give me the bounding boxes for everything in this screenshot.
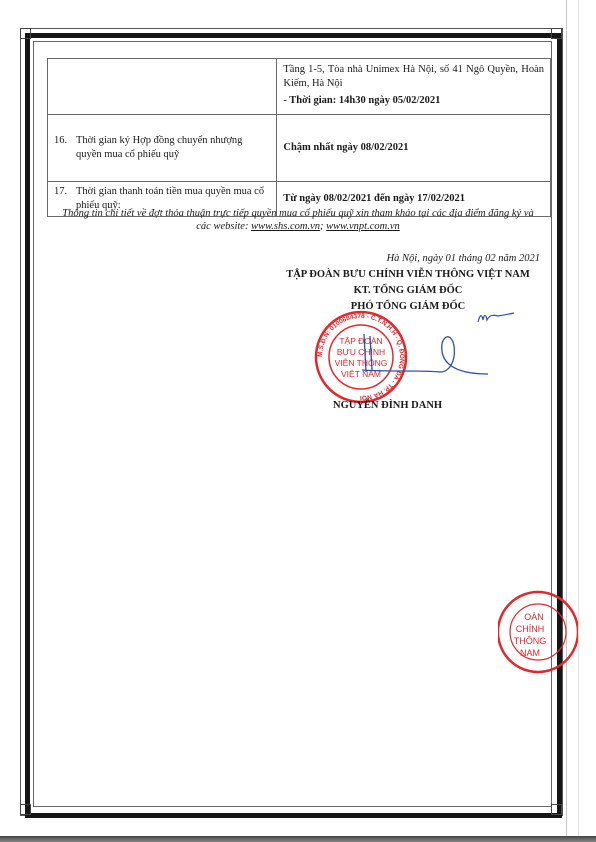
item-number: 16.	[54, 134, 76, 162]
partial-stamp-icon: OÀN CHÍNH THÔNG NAM	[498, 580, 578, 680]
time-text: - Thời gian: 14h30 ngày 05/02/2021	[283, 94, 544, 108]
table-row: Tầng 1-5, Tòa nhà Unimex Hà Nội, số 41 N…	[48, 59, 551, 115]
page-edge	[578, 0, 579, 842]
initials-mark	[476, 310, 516, 326]
link-vnpt[interactable]: www.vnpt.com.vn	[326, 221, 400, 232]
frame-corner	[20, 28, 31, 39]
info-note: Thông tin chi tiết về đợt thỏa thuận trự…	[60, 207, 536, 233]
date-line: Hà Nội, ngày 01 tháng 02 năm 2021	[268, 251, 548, 267]
frame-corner	[551, 804, 562, 815]
address-text: Tầng 1-5, Tòa nhà Unimex Hà Nội, số 41 N…	[283, 63, 544, 91]
info-table: Tầng 1-5, Tòa nhà Unimex Hà Nội, số 41 N…	[47, 58, 551, 217]
table-cell-label	[48, 59, 277, 115]
frame-corner	[20, 804, 31, 815]
organization-name: TẬP ĐOÀN BƯU CHÍNH VIỄN THÔNG VIỆT NAM	[268, 267, 548, 283]
stamp-line: THÔNG	[514, 636, 547, 646]
stamp-line: NAM	[520, 648, 540, 658]
kt-line: KT. TỔNG GIÁM ĐỐC	[268, 283, 548, 299]
handwritten-signature	[360, 330, 490, 380]
signature-block: Hà Nội, ngày 01 tháng 02 năm 2021 TẬP ĐO…	[268, 251, 548, 315]
signer-name: NGUYỄN ĐÌNH DANH	[333, 400, 442, 411]
frame-corner	[551, 28, 562, 39]
table-cell-value: Chậm nhất ngày 08/02/2021	[277, 115, 551, 182]
stamp-line: OÀN	[524, 612, 544, 622]
table-row: 16. Thời gian ký Hợp đồng chuyển nhượng …	[48, 115, 551, 182]
page-edge	[566, 0, 567, 842]
item-label: Thời gian ký Hợp đồng chuyển nhượng quyề…	[76, 134, 270, 162]
stamp-line: CHÍNH	[516, 624, 545, 634]
table-cell-label: 16. Thời gian ký Hợp đồng chuyển nhượng …	[48, 115, 277, 182]
link-shs[interactable]: www.shs.com.vn	[251, 221, 320, 232]
scan-shadow	[0, 836, 596, 842]
table-cell-value: Tầng 1-5, Tòa nhà Unimex Hà Nội, số 41 N…	[277, 59, 551, 115]
